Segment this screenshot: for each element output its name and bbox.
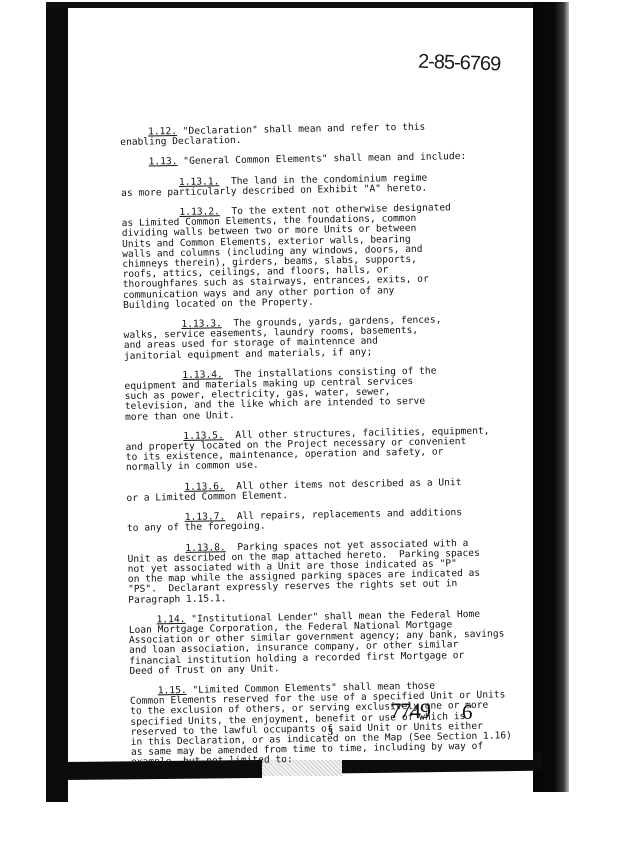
- section-paragraph: 1.13.6. All other items not described as…: [126, 477, 526, 504]
- page-number: 3: [328, 727, 333, 738]
- section-text: To the extent not otherwise designated a…: [122, 202, 451, 311]
- indent: [126, 490, 184, 491]
- section-text: The installations consisting of the equi…: [124, 365, 436, 422]
- indent: [127, 520, 185, 521]
- section-text: "Institutional Lender" shall mean the Fe…: [129, 609, 505, 677]
- section-paragraph: 1.14. "Institutional Lender" shall mean …: [129, 609, 530, 677]
- section-text: All other structures, facilities, equipm…: [125, 425, 489, 473]
- section-text: "General Common Elements" shall mean and…: [177, 151, 466, 167]
- indent: [122, 215, 180, 216]
- section-text: "Limited Common Elements" shall mean tho…: [130, 681, 512, 769]
- section-text: Parking spaces not yet associated with a…: [127, 537, 480, 605]
- section-text: The land in the condominium regime as mo…: [121, 172, 427, 199]
- indent: [123, 327, 181, 328]
- scan-frame-left: [46, 2, 68, 802]
- section-paragraph: 1.12. "Declaration" shall mean and refer…: [120, 121, 520, 148]
- section-paragraph: 1.13.8. Parking spaces not yet associate…: [127, 537, 528, 605]
- indent: [125, 439, 183, 440]
- section-paragraph: 1.13.5. All other structures, facilities…: [125, 426, 526, 474]
- recording-stamp-number: 2-85-6769: [418, 51, 501, 77]
- section-paragraph: 1.13.4. The installations consisting of …: [124, 365, 525, 423]
- section-paragraph: 1.13.7. All repairs, replacements and ad…: [127, 507, 527, 534]
- section-text: All other items not described as a Unit …: [126, 477, 461, 504]
- section-paragraph: 1.13.1. The land in the condominium regi…: [121, 172, 521, 199]
- indent: [121, 185, 179, 186]
- section-number: 1.13.: [149, 156, 178, 168]
- section-text: All repairs, replacements and additions …: [127, 507, 462, 534]
- indent: [127, 550, 185, 551]
- section-text: The grounds, yards, gardens, fences, wal…: [124, 314, 442, 361]
- book-number: 7749: [390, 698, 430, 724]
- indent: [124, 378, 182, 379]
- section-paragraph: 1.13.2. To the extent not otherwise desi…: [121, 202, 523, 311]
- book-page: 6: [462, 700, 473, 725]
- section-paragraph: 1.13.3. The grounds, yards, gardens, fen…: [123, 314, 524, 362]
- section-paragraph: 1.13. "General Common Elements" shall me…: [121, 151, 521, 168]
- document-body: 1.12. "Declaration" shall mean and refer…: [120, 121, 531, 778]
- scan-frame-right: [533, 2, 569, 792]
